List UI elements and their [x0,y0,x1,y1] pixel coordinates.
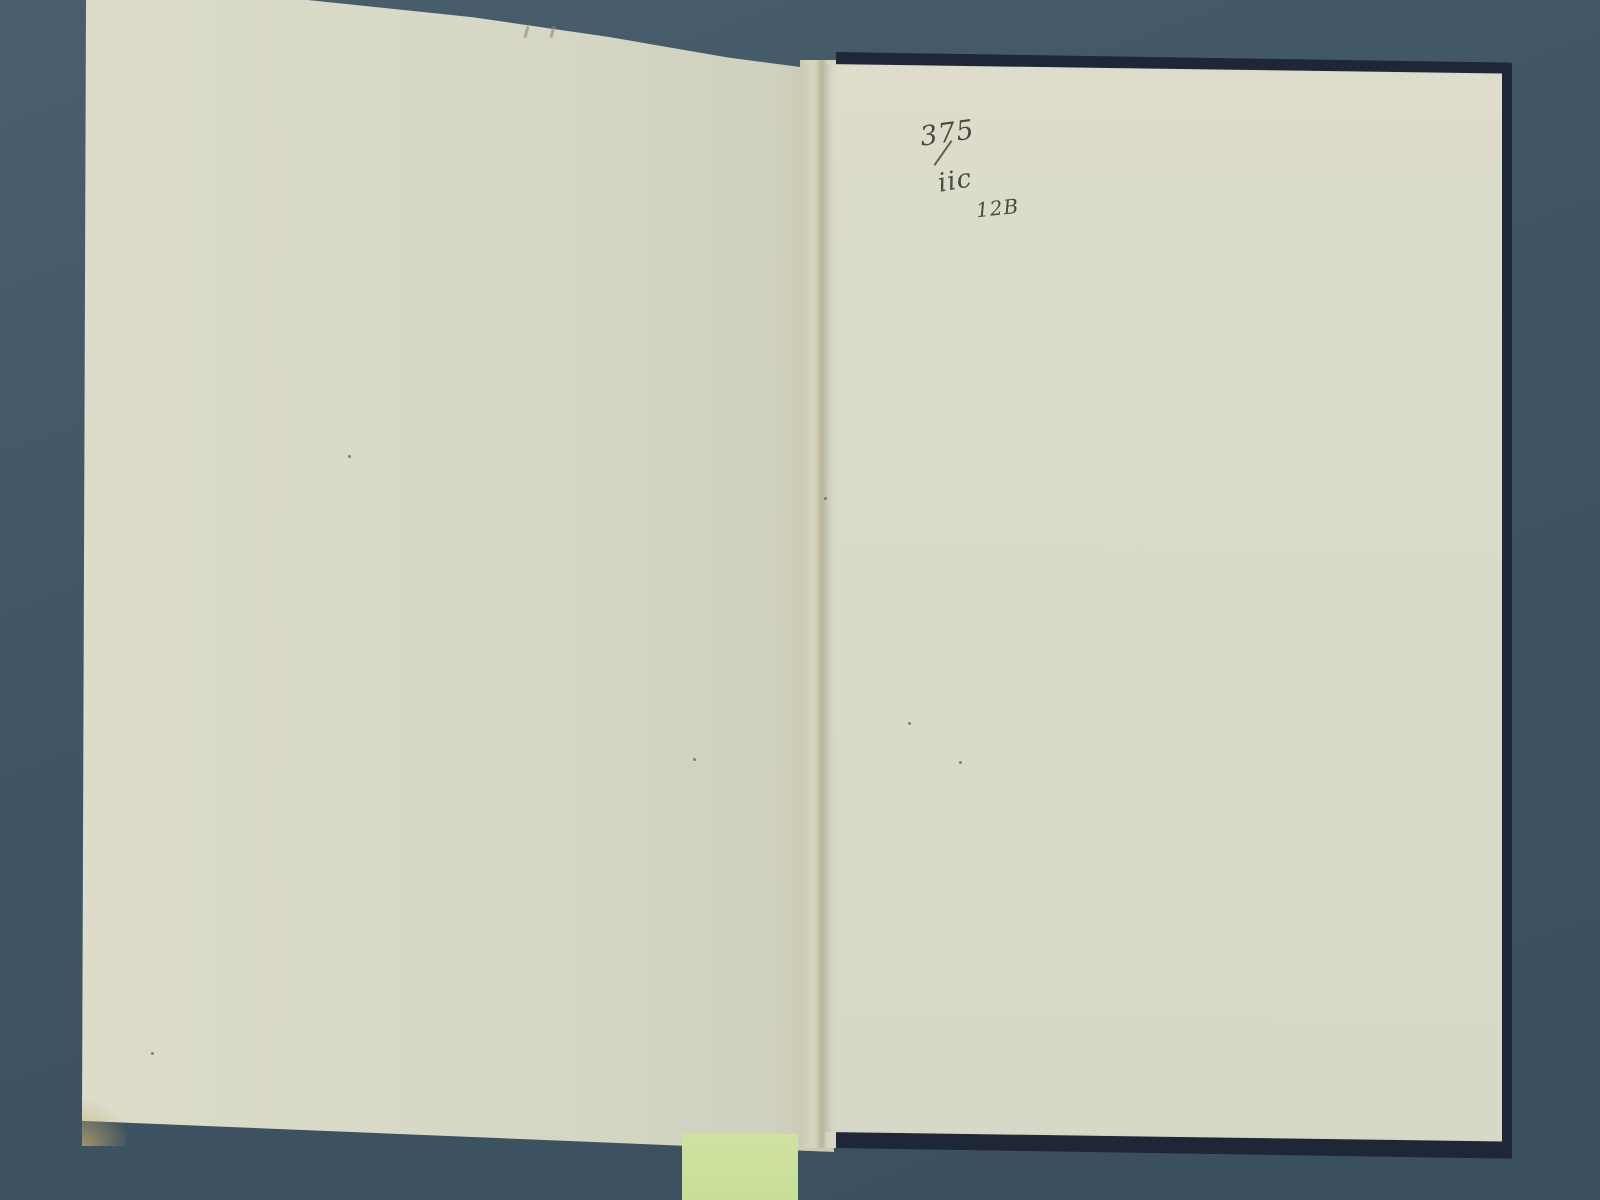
speck [824,497,827,500]
pencil-marks [525,26,559,40]
bookmark-slip [682,1134,798,1200]
handwritten-shelf-mark: 12B [975,194,1020,222]
speck [908,722,911,725]
photo-scene: 375 iic 12B [0,0,1600,1200]
speck [959,761,962,764]
corner-stain [82,1100,126,1146]
speck [151,1052,154,1055]
handwritten-code: iic [936,163,975,198]
right-endpaper-page [824,64,1502,1141]
left-endpaper-page [82,0,834,1152]
speck [348,455,351,458]
speck [693,758,696,761]
